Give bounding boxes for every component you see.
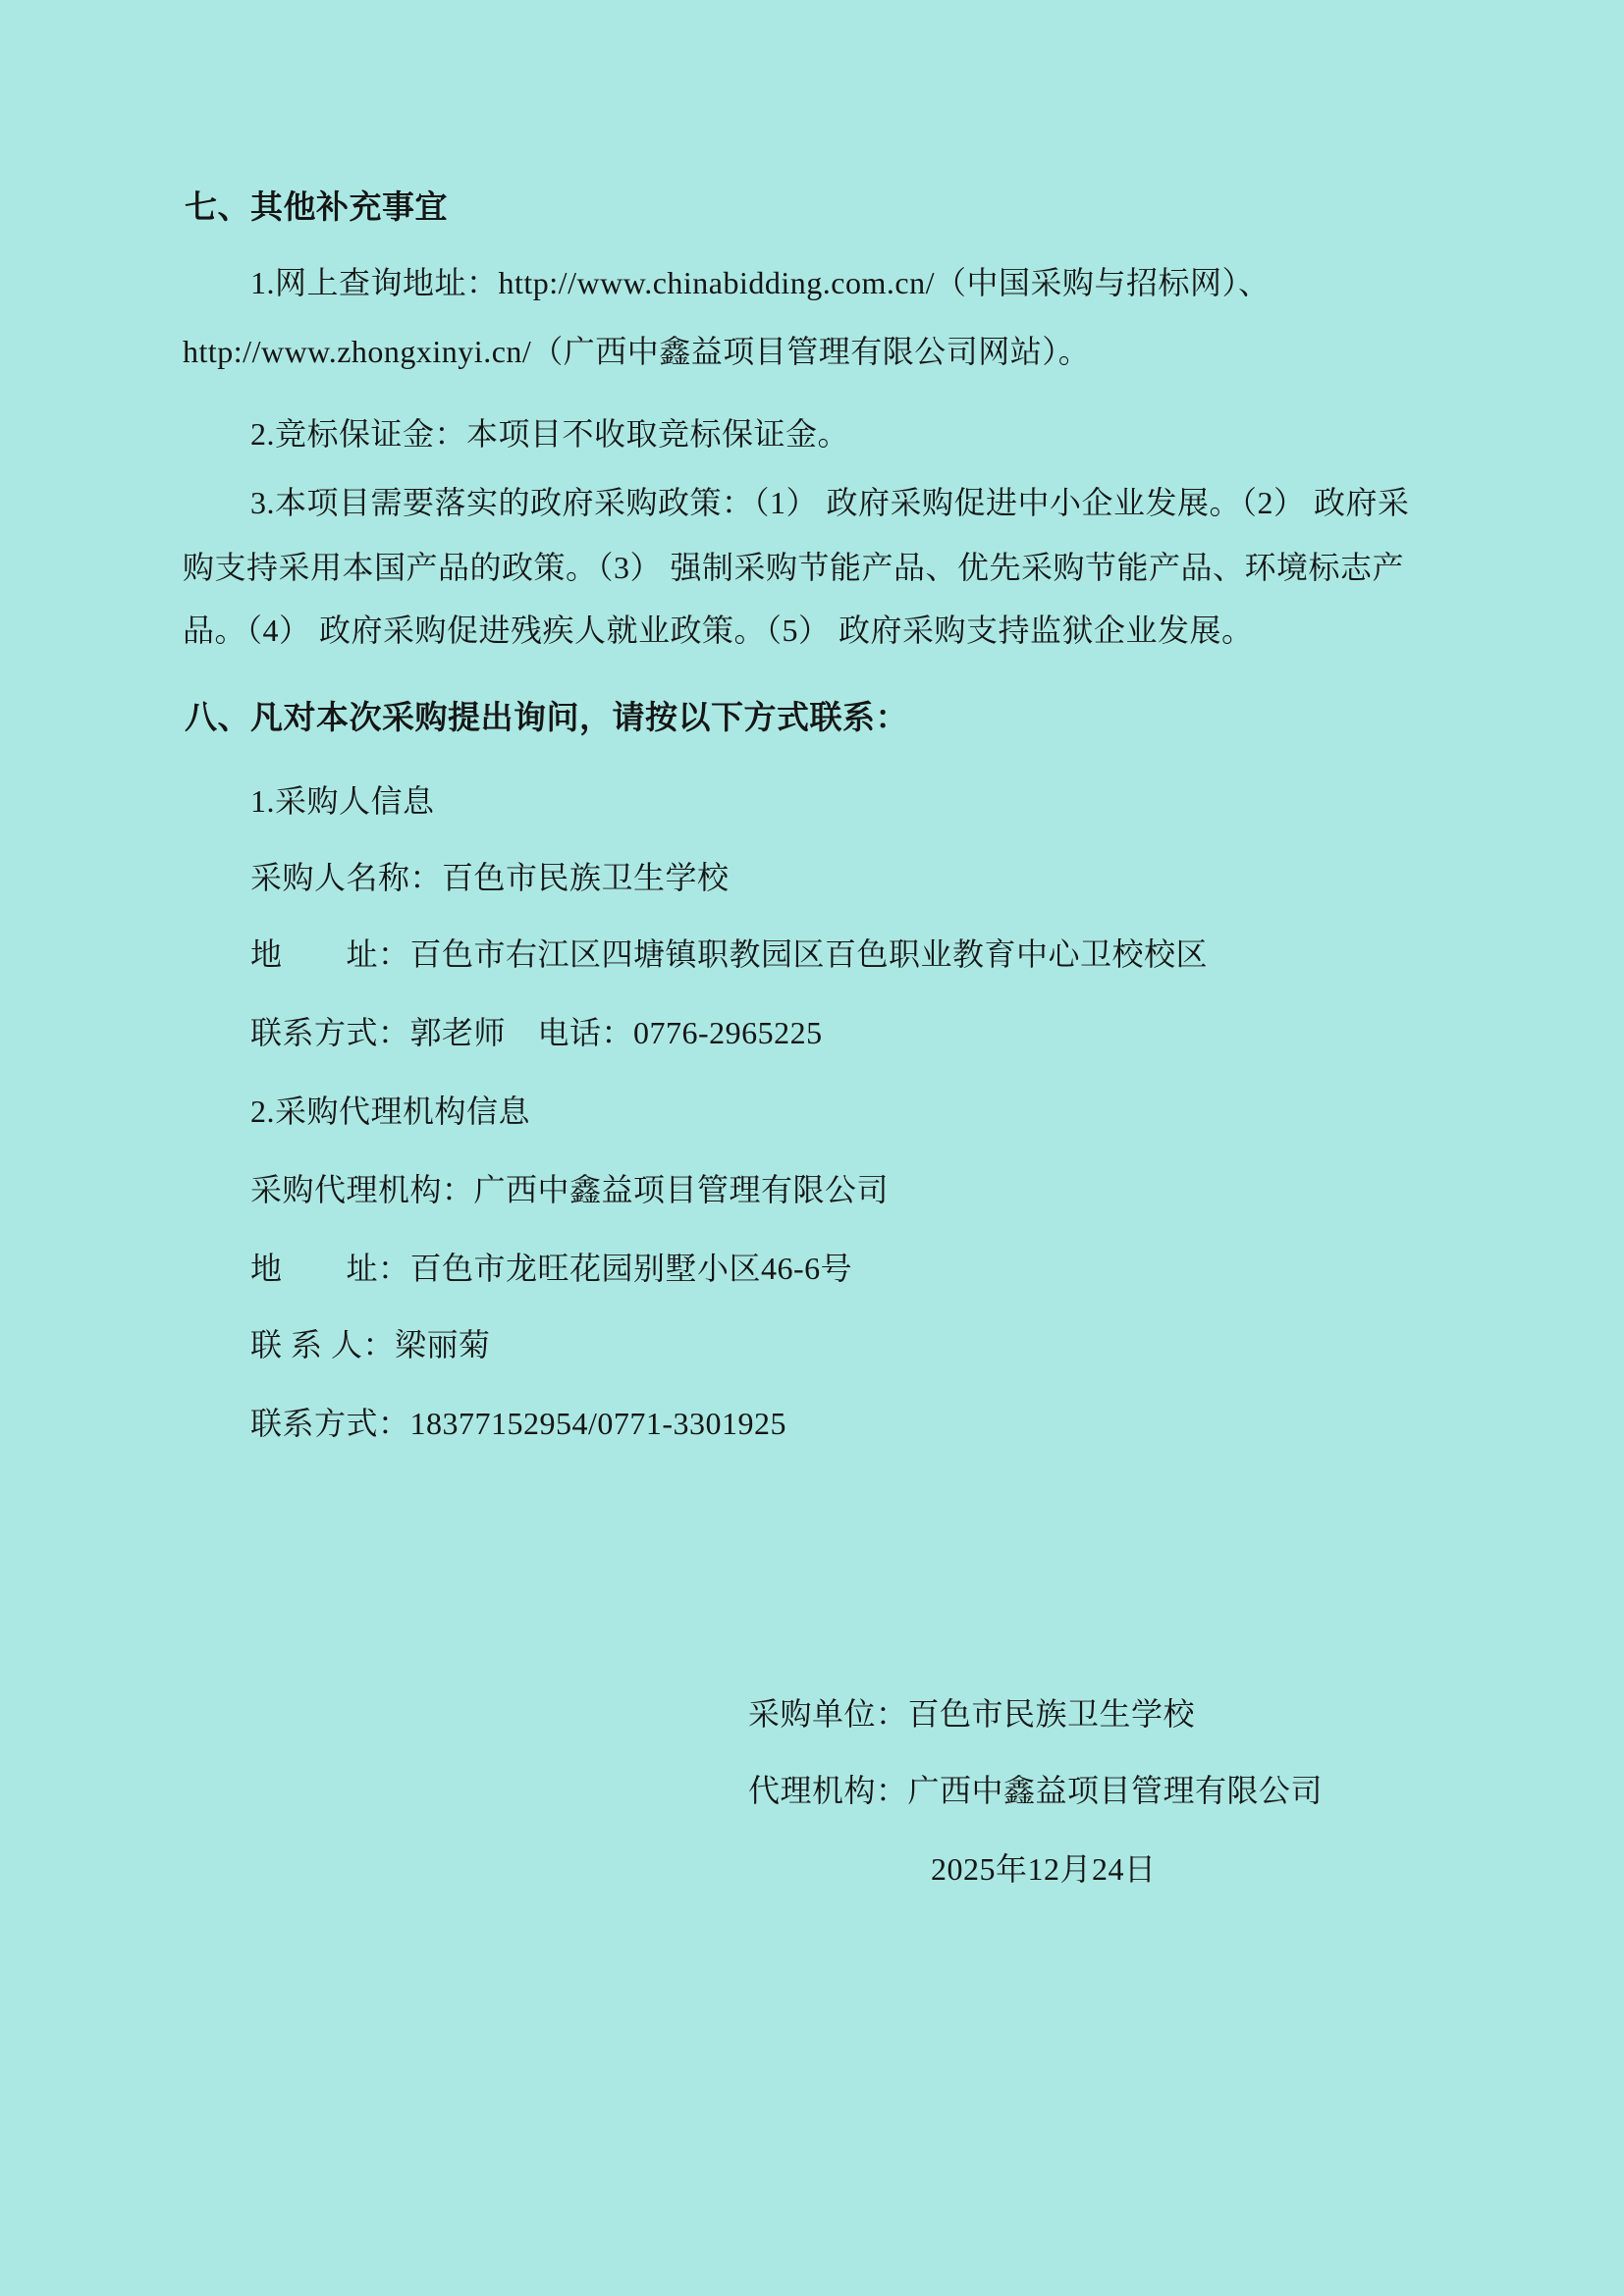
purchaser-name: 采购人名称：百色市民族卫生学校 <box>250 858 730 897</box>
purchaser-contact: 联系方式：郭老师 电话：0776-2965225 <box>250 1013 823 1052</box>
agency-name: 采购代理机构：广西中鑫益项目管理有限公司 <box>250 1170 889 1209</box>
section-eight-heading: 八、凡对本次采购提出询问，请按以下方式联系： <box>185 699 908 738</box>
document-page: 七、其他补充事宜 1.网上查询地址：http://www.chinabiddin… <box>0 0 1624 2296</box>
signature-purchaser-line: 采购单位：百色市民族卫生学校 <box>748 1694 1195 1734</box>
paragraph-policy-line1: 3.本项目需要落实的政府采购政策：（1） 政府采购促进中小企业发展。（2） 政府… <box>250 483 1410 522</box>
paragraph-policy-line3: 品。（4） 政府采购促进残疾人就业政策。（5） 政府采购支持监狱企业发展。 <box>183 611 1254 650</box>
agency-address: 地 址：百色市龙旺花园别墅小区46-6号 <box>250 1249 852 1288</box>
purchaser-info-title: 1.采购人信息 <box>250 781 435 821</box>
paragraph-policy-line2: 购支持采用本国产品的政策。（3） 强制采购节能产品、优先采购节能产品、环境标志产 <box>183 548 1404 587</box>
paragraph-urls-line2: http://www.zhongxinyi.cn/（广西中鑫益项目管理有限公司网… <box>183 332 1090 371</box>
paragraph-urls-line1: 1.网上查询地址：http://www.chinabidding.com.cn/… <box>250 263 1270 302</box>
paragraph-deposit: 2.竞标保证金：本项目不收取竞标保证金。 <box>250 414 849 454</box>
agency-info-title: 2.采购代理机构信息 <box>250 1092 530 1131</box>
section-seven-heading: 七、其他补充事宜 <box>185 188 448 228</box>
agency-contact-person: 联 系 人：梁丽菊 <box>250 1325 491 1364</box>
signature-agency-line: 代理机构：广西中鑫益项目管理有限公司 <box>748 1771 1323 1810</box>
signature-date-line: 2025年12月24日 <box>931 1849 1157 1889</box>
purchaser-address: 地 址：百色市右江区四塘镇职教园区百色职业教育中心卫校校区 <box>250 934 1208 974</box>
agency-contact: 联系方式：18377152954/0771-3301925 <box>250 1404 786 1443</box>
